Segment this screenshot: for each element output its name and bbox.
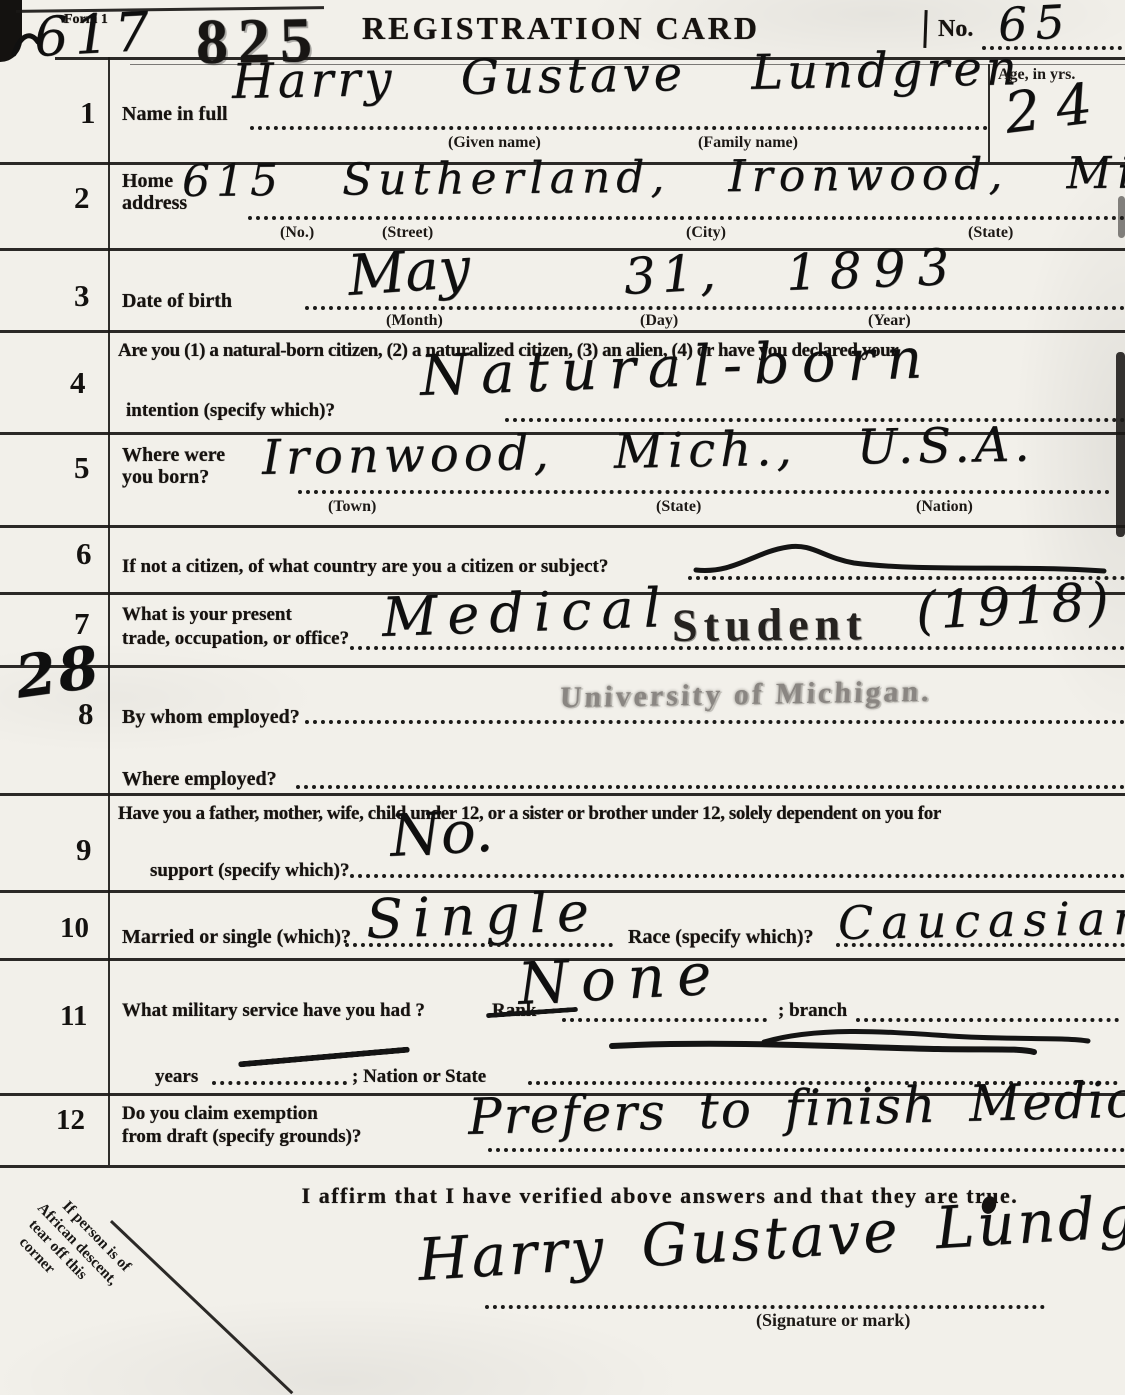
signature-sublabel: (Signature or mark) (756, 1310, 910, 1331)
town-sublabel: (Town) (328, 498, 376, 516)
exemption-dotted-line (488, 1148, 1125, 1152)
name-in-full-label: Name in full (122, 103, 228, 126)
birth-day-answer: 31, (622, 243, 722, 306)
state-sublabel-2: (State) (656, 498, 701, 516)
university-stamp: University of Michigan. (559, 675, 933, 715)
row-divider (0, 330, 1125, 333)
no-label: No. (938, 16, 973, 43)
row-number-4: 4 (70, 365, 86, 401)
given-name-sublabel: (Given name) (448, 134, 541, 152)
home-address-label-2: address (122, 192, 187, 215)
row-divider (0, 525, 1125, 528)
row-divider (0, 1165, 1125, 1168)
scan-right-streak (1116, 352, 1125, 537)
row-number-12: 12 (56, 1104, 85, 1137)
nation-sublabel: (Nation) (916, 498, 973, 516)
occupation-answer-handwritten: Medical (381, 576, 672, 649)
row-divider (0, 665, 1125, 668)
birth-month-answer: May (346, 236, 473, 309)
no-sublabel: (No.) (280, 224, 314, 242)
race-dotted-line (836, 943, 1125, 947)
where-employed-dotted-line (296, 785, 1125, 789)
city-sublabel: (City) (686, 224, 726, 242)
married-answer: Single (365, 880, 600, 951)
exemption-question-line1: Do you claim exemption (122, 1103, 318, 1125)
month-sublabel: (Month) (386, 312, 443, 330)
home-address-label-1: Home (122, 170, 173, 193)
date-of-birth-dotted-line (305, 306, 1125, 310)
birth-year-answer: 1893 (785, 238, 962, 302)
by-whom-employed-dotted-line (305, 720, 1125, 724)
where-born-answer: Ironwood, Mich., U.S.A. (262, 417, 1035, 486)
where-born-label-1: Where were (122, 444, 225, 467)
by-whom-employed-question: By whom employed? (122, 706, 300, 729)
citizenship-answer: Natural-born (419, 326, 935, 409)
card-title: REGISTRATION CARD (362, 10, 760, 47)
citizenship-question-line2: intention (specify which)? (126, 400, 335, 422)
where-employed-question: Where employed? (122, 768, 277, 791)
dependents-dotted-line (350, 874, 1125, 878)
family-name-sublabel: (Family name) (698, 134, 798, 152)
military-service-question: What military service have you had ? (122, 1000, 425, 1022)
exemption-question-line2: from draft (specify grounds)? (122, 1126, 361, 1148)
nation-or-state-label: ; Nation or State (352, 1066, 486, 1088)
home-address-dotted-line (248, 216, 1125, 220)
years-dotted-line (212, 1081, 347, 1085)
row-divider (0, 793, 1125, 796)
race-answer: Caucasian (838, 891, 1125, 950)
name-dotted-line (250, 126, 988, 130)
margin-note-28: 28 (11, 633, 104, 712)
date-of-birth-label: Date of birth (122, 290, 232, 313)
not-citizen-question: If not a citizen, of what country are yo… (122, 556, 608, 578)
dependents-answer: No. (388, 797, 495, 870)
row-number-10: 10 (60, 912, 89, 945)
where-born-label-2: you born? (122, 466, 209, 489)
nation-dash-mark (608, 1036, 1038, 1060)
row-number-1: 1 (80, 95, 96, 131)
occupation-question-line1: What is your present (122, 604, 292, 626)
corner-tear-note: If person is of African descent, tear of… (4, 1183, 196, 1378)
state-sublabel: (State) (968, 224, 1013, 242)
row-number-3: 3 (74, 278, 90, 314)
military-service-answer: None (516, 939, 725, 1018)
row-number-2: 2 (74, 180, 90, 216)
registration-card-scan: Form 1 617 825 REGISTRATION CARD No. 65 … (0, 0, 1125, 1395)
occupation-question-line2: trade, occupation, or office? (122, 628, 349, 650)
occupation-answer-stamped: Student (672, 597, 868, 652)
branch-label: ; branch (778, 1000, 847, 1022)
occupation-dotted-line (350, 646, 1125, 650)
row-number-6: 6 (76, 536, 92, 572)
row-number-5: 5 (74, 450, 90, 486)
rank-dotted-line (562, 1018, 767, 1022)
number-column-line (108, 57, 110, 1165)
day-sublabel: (Day) (640, 312, 678, 330)
where-born-dotted-line (298, 490, 1110, 494)
row-number-11: 11 (60, 1000, 87, 1033)
married-or-single-question: Married or single (which)? (122, 926, 351, 949)
age-answer: 24 (1001, 70, 1111, 147)
name-answer: Harry Gustave Lundgren (232, 40, 1022, 110)
occupation-answer-year: (1918) (914, 572, 1114, 642)
dependents-question-line2: support (specify which)? (150, 860, 350, 882)
signature-dotted-line (485, 1305, 1045, 1309)
row-number-9: 9 (76, 832, 92, 868)
years-dash-mark (238, 1047, 410, 1068)
dependents-question-line1: Have you a father, mother, wife, child u… (118, 803, 941, 825)
years-label: years (155, 1066, 198, 1088)
home-address-answer: 615 Sutherland, Ironwood, Mich (182, 147, 1125, 207)
exemption-answer: Prefers to finish Medic. Course (467, 1064, 1125, 1146)
